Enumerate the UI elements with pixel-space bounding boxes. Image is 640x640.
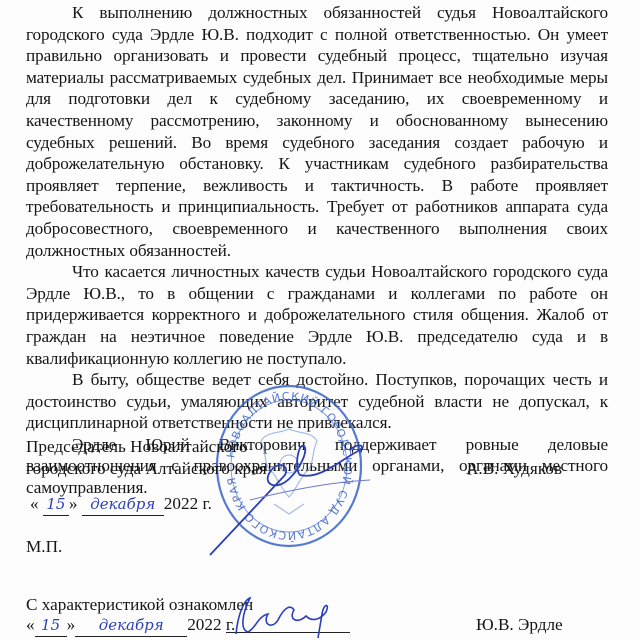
employee-name: Ю.В. Эрдле [476,614,563,635]
paragraph-duties: К выполнению должностных обязанностей су… [26,2,608,261]
chairman-date-month: декабря [90,495,155,513]
chairman-title-line1: Председатель Новоалтайского [26,436,248,457]
ack-date-month: декабря [99,616,164,634]
ack-signature-icon [228,594,348,640]
chairman-name: А.В. Худяков [466,458,562,479]
paragraph-personal-qualities: Что касается личностных качеств судьи Но… [26,261,608,369]
chairman-date: « 15» декабря2022 г. [30,493,212,516]
chairman-title-line2: городского суда Алтайского края [26,458,267,479]
acknowledgment-label: С характеристикой ознакомлен [26,594,253,615]
acknowledgment-date: «15»декабря2022 г. [26,614,235,637]
chairman-date-day: 15 [46,495,65,513]
seal-label: М.П. [26,536,62,557]
ack-date-day: 15 [41,616,60,634]
